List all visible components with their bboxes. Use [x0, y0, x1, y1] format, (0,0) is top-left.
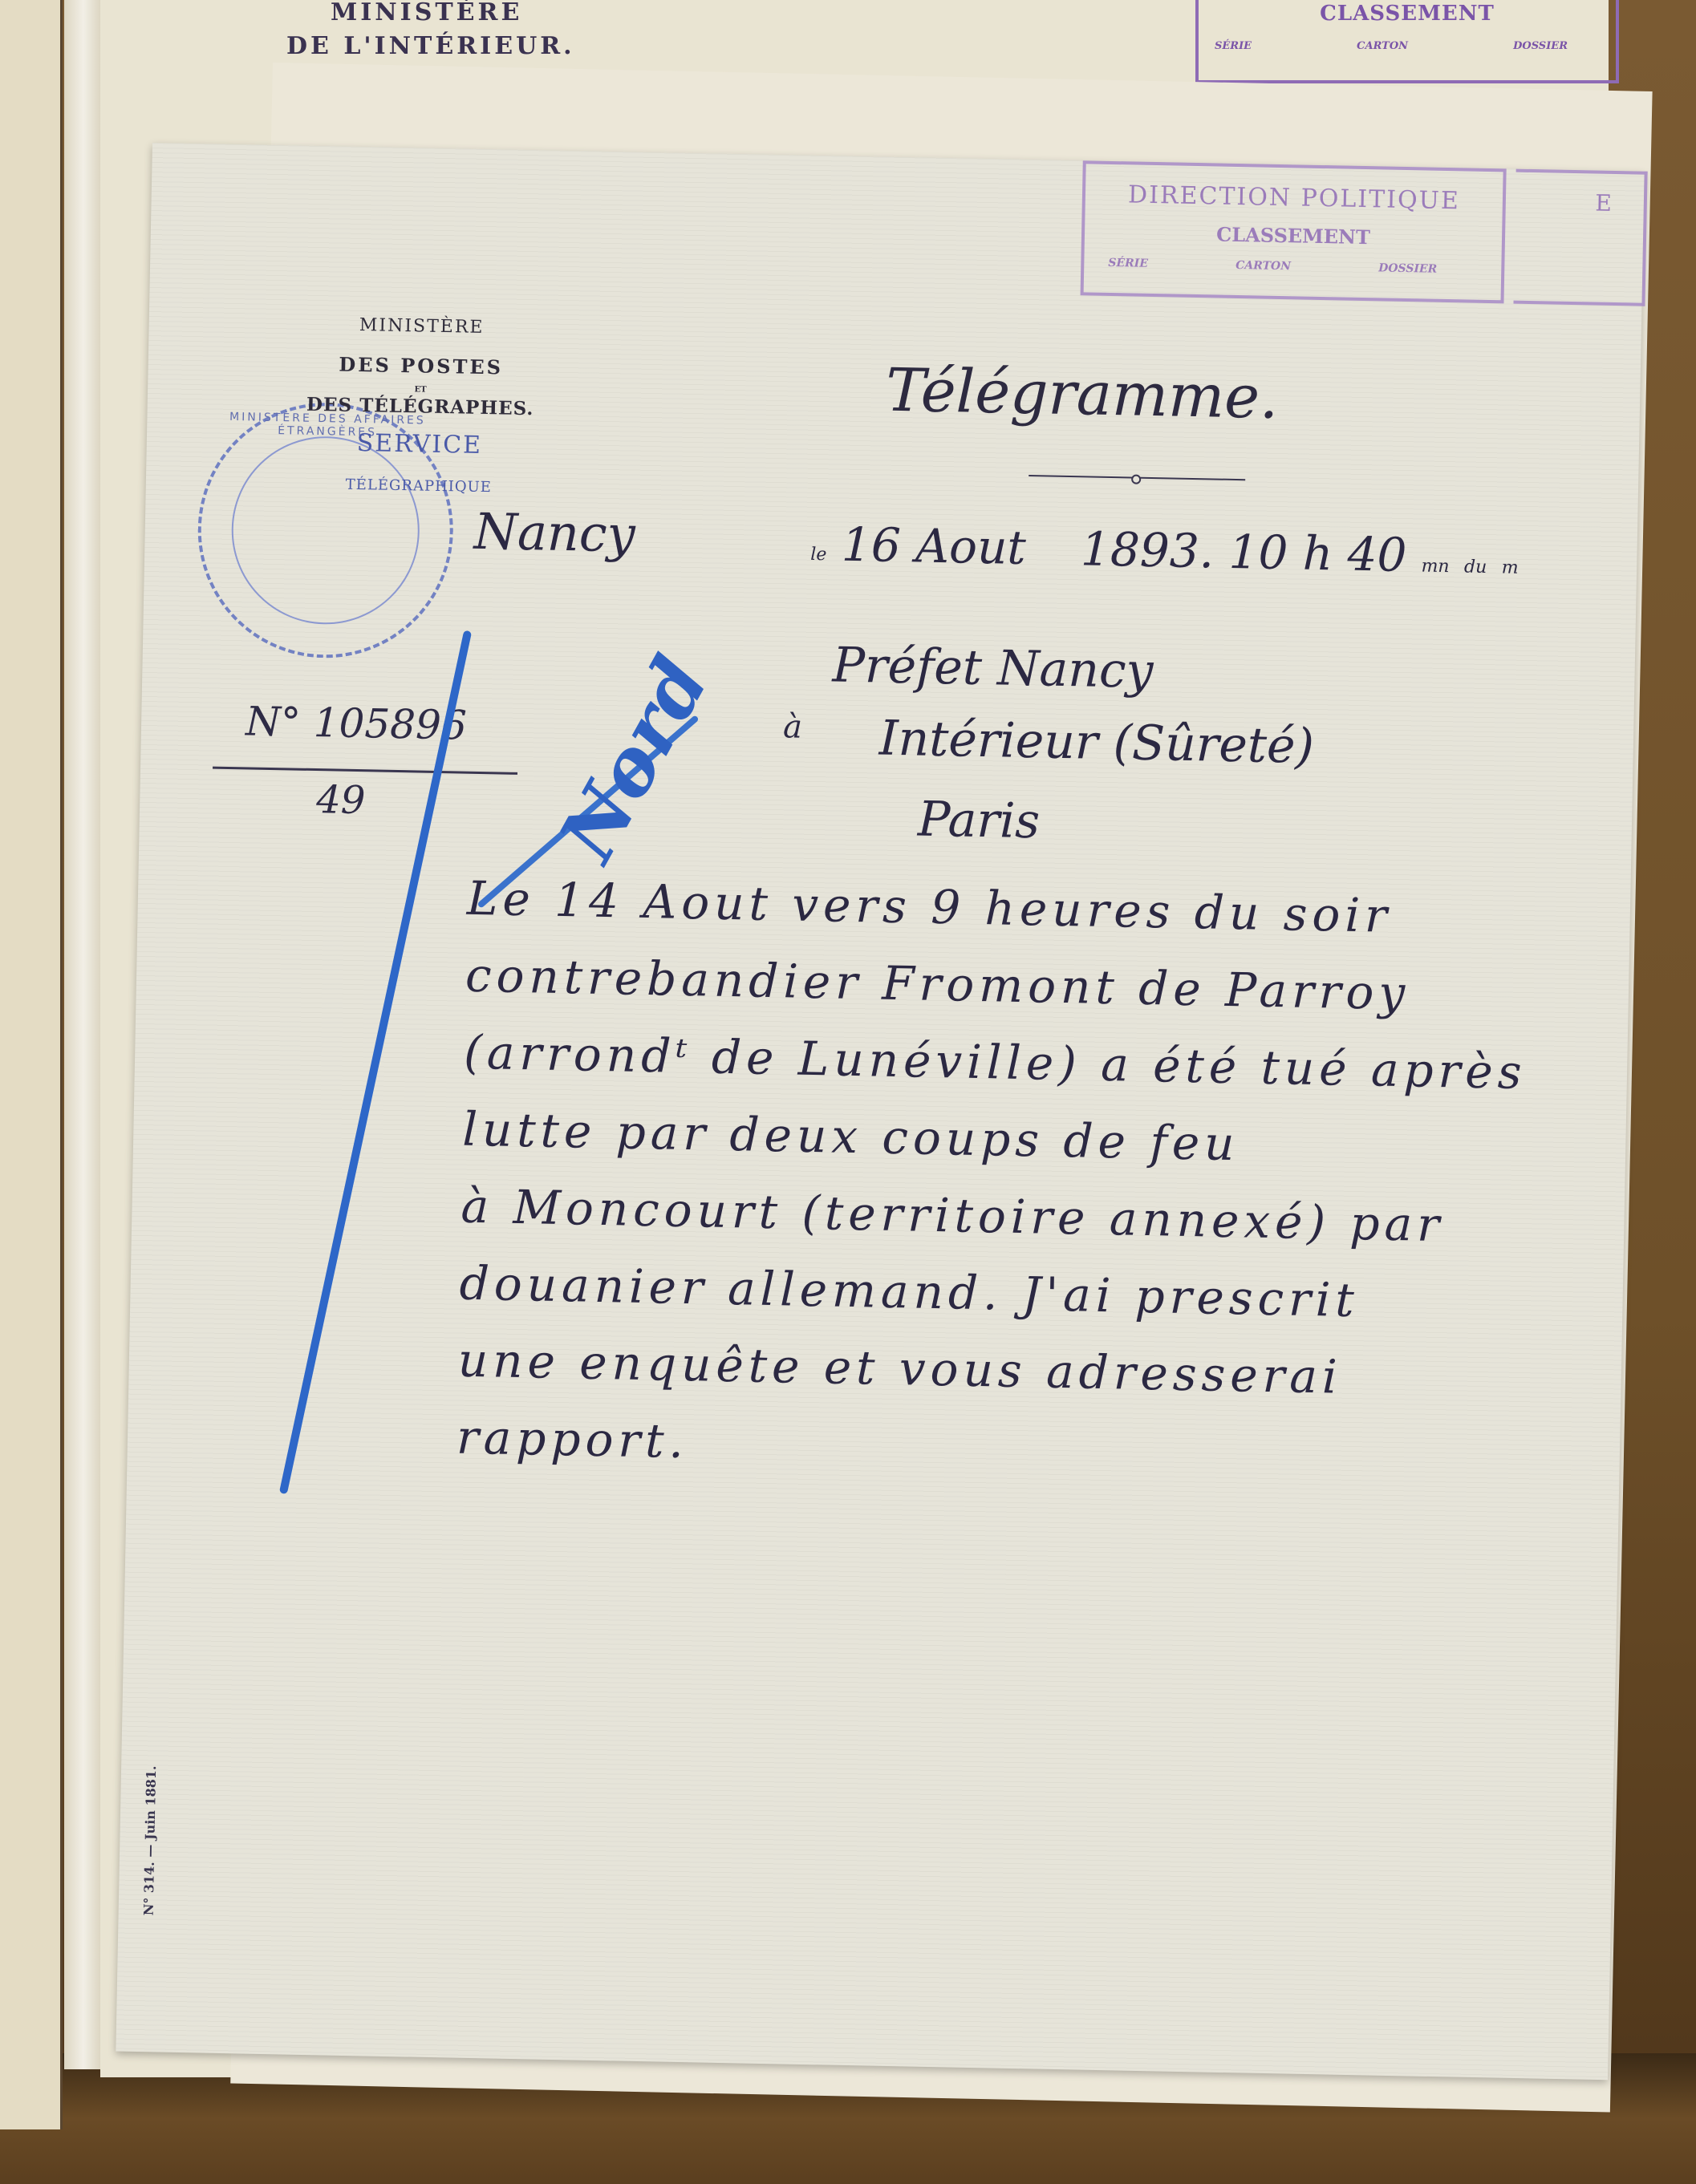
telegram-number: N° 105896 49	[212, 698, 551, 827]
to-prefix: à	[783, 708, 803, 745]
number-label: N°	[245, 698, 302, 745]
recipient-city: Paris	[917, 791, 1040, 849]
background-stamp-field-carton: CARTON	[1357, 40, 1408, 52]
origin-place: Nancy	[473, 502, 635, 564]
date-day: 16	[841, 517, 901, 573]
background-stamp-fields: SÉRIE CARTON DOSSIER	[1215, 40, 1568, 52]
title-ornament	[1029, 472, 1245, 483]
side-stamp-fragment: E	[1513, 169, 1647, 306]
form-code: N° 314. — Juin 1881.	[141, 1765, 160, 1915]
background-ministry-line1: MINISTÈRE	[331, 0, 522, 26]
stamp-field-carton: CARTON	[1235, 259, 1291, 273]
date-time: 10 h 40	[1228, 525, 1407, 582]
ministry-line1: MINISTÈRE	[269, 314, 574, 339]
date-meridiem: m	[1501, 557, 1518, 577]
ministry-line4: DES TÉLÉGRAPHES.	[268, 393, 573, 420]
date-mn: mn	[1421, 556, 1450, 577]
stamp-field-dossier: DOSSIER	[1378, 261, 1437, 275]
ministry-line2: DES POSTES	[268, 351, 573, 380]
folder-spine	[64, 0, 103, 2069]
left-page-edge	[0, 0, 63, 2129]
background-classement-stamp: CLASSEMENT SÉRIE CARTON DOSSIER	[1195, 0, 1619, 83]
ornament-dot	[1131, 475, 1141, 484]
ministry-header: MINISTÈRE DES POSTES ET DES TÉLÉGRAPHES.…	[266, 314, 574, 497]
background-stamp-title: CLASSEMENT	[1199, 2, 1616, 26]
dateline: le 16 Aout 1893. 10 h 40 mn du m	[810, 517, 1520, 585]
service-label: SERVICE	[267, 427, 573, 461]
date-year: 1893	[1080, 521, 1199, 578]
stamp-title: CLASSEMENT	[1085, 220, 1502, 251]
stamp-field-serie: SÉRIE	[1108, 257, 1148, 270]
background-ministry-line2: DE L'INTÉRIEUR.	[286, 32, 575, 60]
background-stamp-field-serie: SÉRIE	[1215, 40, 1252, 52]
telegram-number-value: N° 105896	[245, 698, 551, 750]
recipient: Intérieur (Sûreté)	[878, 711, 1314, 775]
stamp-direction: DIRECTION POLITIQUE	[1085, 180, 1503, 216]
direction-politique-stamp: DIRECTION POLITIQUE CLASSEMENT SÉRIE CAR…	[1081, 160, 1507, 303]
stamp-fields: SÉRIE CARTON DOSSIER	[1108, 257, 1437, 276]
blue-pencil-annotation: Nord	[542, 642, 726, 875]
date-prefix: le	[810, 545, 827, 565]
date-month: Aout	[915, 518, 1027, 575]
document-title: Télégramme.	[885, 356, 1279, 432]
side-stamp-letter: E	[1595, 190, 1612, 217]
background-stamp-field-dossier: DOSSIER	[1513, 40, 1568, 52]
telegram-sheet: DIRECTION POLITIQUE CLASSEMENT SÉRIE CAR…	[116, 143, 1644, 2080]
sender: Préfet Nancy	[832, 637, 1154, 699]
background-ministry-header: MINISTÈRE DE L'INTÉRIEUR.	[286, 32, 575, 60]
message-body: Le 14 Aout vers 9 heures du soir contreb…	[456, 871, 1511, 1507]
number-divider	[213, 767, 517, 775]
date-du: du	[1464, 557, 1487, 577]
